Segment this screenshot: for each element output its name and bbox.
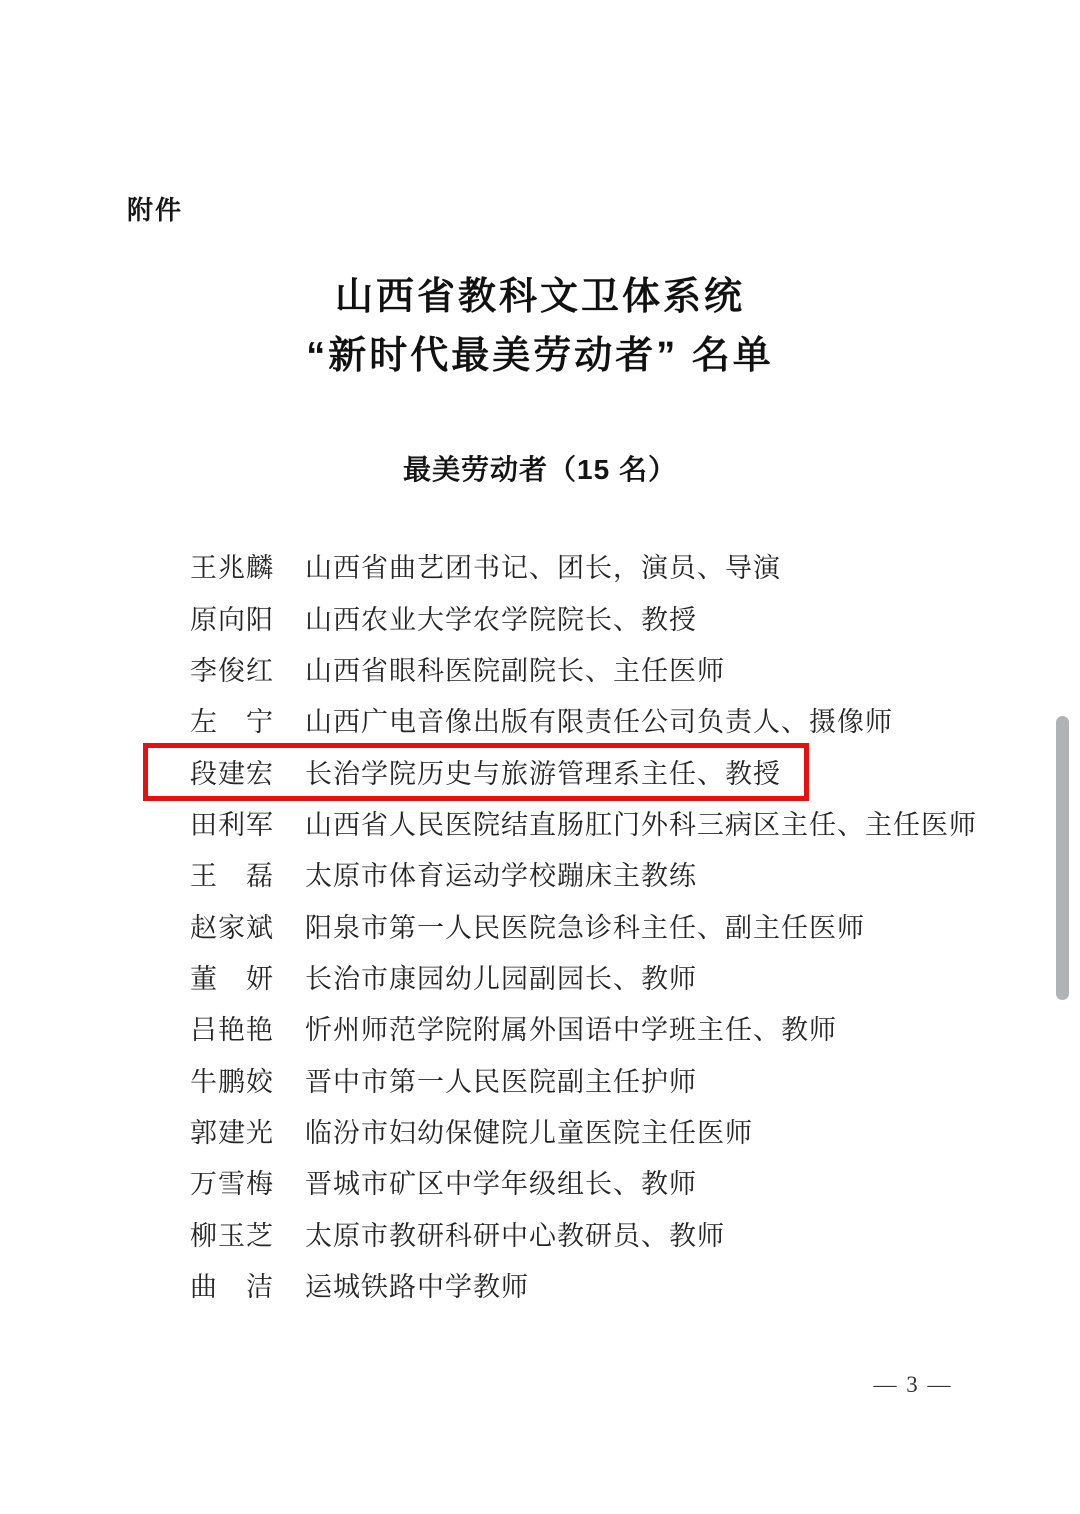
honoree-description: 长治市康园幼儿园副园长、教师 xyxy=(305,957,697,996)
list-item: 万雪梅 晋城市矿区中学年级组长、教师 xyxy=(190,1156,697,1207)
list-item: 董 妍 长治市康园幼儿园副园长、教师 xyxy=(190,951,697,1002)
honoree-description: 忻州师范学院附属外国语中学班主任、教师 xyxy=(305,1008,837,1047)
attachment-label: 附件 xyxy=(127,190,183,227)
list-item: 曲 洁 运城铁路中学教师 xyxy=(190,1259,529,1310)
honoree-name: 郭建光 xyxy=(190,1111,276,1150)
list-subtitle: 最美劳动者（15 名） xyxy=(0,448,1080,488)
honoree-name: 王兆麟 xyxy=(190,546,276,585)
honoree-description: 太原市教研科研中心教研员、教师 xyxy=(305,1214,725,1253)
honoree-name: 左 宁 xyxy=(190,700,276,739)
honoree-description: 晋中市第一人民医院副主任护师 xyxy=(305,1060,697,1099)
honoree-description: 运城铁路中学教师 xyxy=(305,1265,529,1304)
document-title-line1: 山西省教科文卫体系统 xyxy=(0,268,1080,327)
list-item: 柳玉芝 太原市教研科研中心教研员、教师 xyxy=(190,1207,725,1258)
honoree-description: 山西省眼科医院副院长、主任医师 xyxy=(305,649,725,688)
page-number: — 3 — xyxy=(858,1372,968,1398)
list-item: 郭建光 临汾市妇幼保健院儿童医院主任医师 xyxy=(190,1105,753,1156)
honoree-description: 山西广电音像出版有限责任公司负责人、摄像师 xyxy=(305,700,893,739)
honoree-name: 吕艳艳 xyxy=(190,1008,276,1047)
list-item: 王 磊 太原市体育运动学校蹦床主教练 xyxy=(190,848,697,899)
honoree-name: 董 妍 xyxy=(190,957,276,996)
list-item: 赵家斌 阳泉市第一人民医院急诊科主任、副主任医师 xyxy=(190,899,865,950)
honoree-name: 柳玉芝 xyxy=(190,1214,276,1253)
honoree-name: 王 磊 xyxy=(190,854,276,893)
honoree-name: 赵家斌 xyxy=(190,906,276,945)
scrollbar-thumb[interactable] xyxy=(1056,716,1069,1000)
list-item: 牛鹏姣 晋中市第一人民医院副主任护师 xyxy=(190,1053,697,1104)
document-page: 附件 山西省教科文卫体系统 “新时代最美劳动者” 名单 最美劳动者（15 名） … xyxy=(0,0,1080,1514)
honoree-name: 曲 洁 xyxy=(190,1265,276,1304)
honoree-name: 李俊红 xyxy=(190,649,276,688)
honoree-description: 阳泉市第一人民医院急诊科主任、副主任医师 xyxy=(305,906,865,945)
honoree-name: 田利军 xyxy=(190,803,276,842)
honoree-description: 山西农业大学农学院院长、教授 xyxy=(305,598,697,637)
list-item: 原向阳 山西农业大学农学院院长、教授 xyxy=(190,591,697,642)
honoree-description: 山西省曲艺团书记、团长，演员、导演 xyxy=(305,546,781,585)
honoree-description: 临汾市妇幼保健院儿童医院主任医师 xyxy=(305,1111,753,1150)
document-title: 山西省教科文卫体系统 “新时代最美劳动者” 名单 xyxy=(0,268,1080,386)
list-item: 左 宁 山西广电音像出版有限责任公司负责人、摄像师 xyxy=(190,694,893,745)
honoree-list: 王兆麟 山西省曲艺团书记、团长，演员、导演 原向阳 山西农业大学农学院院长、教授… xyxy=(190,540,980,1310)
honoree-name: 牛鹏姣 xyxy=(190,1060,276,1099)
honoree-name: 原向阳 xyxy=(190,598,276,637)
honoree-description: 长治学院历史与旅游管理系主任、教授 xyxy=(305,752,781,791)
document-title-line2: “新时代最美劳动者” 名单 xyxy=(0,327,1080,386)
honoree-name: 万雪梅 xyxy=(190,1162,276,1201)
list-item: 王兆麟 山西省曲艺团书记、团长，演员、导演 xyxy=(190,540,781,591)
honoree-name: 段建宏 xyxy=(190,752,276,791)
list-item: 李俊红 山西省眼科医院副院长、主任医师 xyxy=(190,643,725,694)
honoree-description: 太原市体育运动学校蹦床主教练 xyxy=(305,854,697,893)
list-item: 吕艳艳 忻州师范学院附属外国语中学班主任、教师 xyxy=(190,1002,837,1053)
list-item: 田利军 山西省人民医院结直肠肛门外科三病区主任、主任医师 xyxy=(190,797,977,848)
honoree-description: 晋城市矿区中学年级组长、教师 xyxy=(305,1162,697,1201)
honoree-description: 山西省人民医院结直肠肛门外科三病区主任、主任医师 xyxy=(305,803,977,842)
list-item-highlighted: 段建宏 长治学院历史与旅游管理系主任、教授 xyxy=(190,745,781,796)
